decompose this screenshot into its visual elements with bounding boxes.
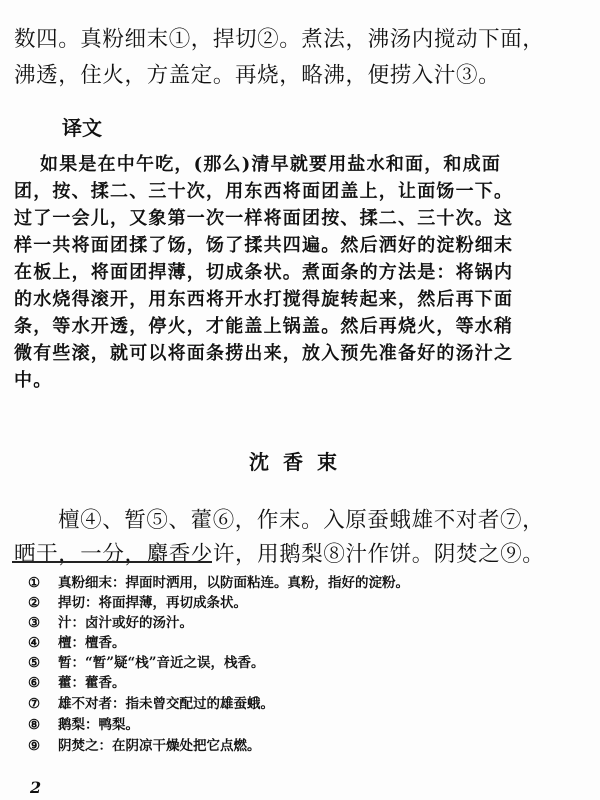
footnote-number: ④ [28, 635, 58, 651]
page-number: 2 [30, 778, 41, 797]
footnote-text: 雄不对者：指未曾交配过的雄蚕蛾。 [58, 696, 274, 712]
footnote-text: 鹅梨：鸭梨。 [58, 717, 139, 733]
translation-line: 的水烧得滚开，用东西将开水打搅得旋转起来，然后再下面 [14, 285, 513, 311]
footnote: ③汁：卤汁或好的汤汁。 [28, 611, 193, 631]
translation-line: 团，按、揉二、三十次，用东西将面团盖上，让面饧一下。 [14, 177, 513, 203]
footnote: ⑥藿：藿香。 [28, 671, 126, 691]
footnote: ①真粉细末：捍面时洒用，以防面粘连。真粉，指好的淀粉。 [28, 571, 409, 591]
footnote-number: ⑥ [28, 675, 58, 691]
translation-line: 在板上，将面团捍薄，切成条状。煮面条的方法是：将锅内 [14, 258, 513, 284]
original-text-line: 数四。真粉细末①，捍切②。煮法，沸汤内搅动下面， [14, 22, 544, 53]
translation-line: 条，等水开透，停火，才能盖上锅盖。然后再烧火，等水稍 [14, 312, 513, 338]
footnote: ⑦雄不对者：指未曾交配过的雄蚕蛾。 [28, 692, 274, 712]
footnote-number: ⑨ [28, 738, 58, 754]
footnote-number: ⑤ [28, 655, 58, 671]
footnote: ⑨阴焚之：在阴凉干燥处把它点燃。 [28, 734, 261, 754]
footnote: ②捍切：将面捍薄，再切成条状。 [28, 591, 247, 611]
footnote-number: ⑦ [28, 696, 58, 712]
translation-line: 过了一会儿，又象第一次一样将面团按、揉二、三十次。这 [14, 204, 513, 230]
footnote-text: 汁：卤汁或好的汤汁。 [58, 615, 193, 631]
footnote-number: ① [28, 575, 58, 591]
footnote: ⑧鹅梨：鸭梨。 [28, 713, 139, 733]
footnote: ④檀：檀香。 [28, 631, 126, 651]
translation-line: 样一共将面团揉了饧，饧了揉共四遍。然后洒好的淀粉细末 [14, 231, 513, 257]
translation-heading: 译文 [62, 112, 102, 141]
translation-line: 如果是在中午吃，(那么)清早就要用盐水和面，和成面 [40, 150, 501, 176]
translation-line: 微有些滚，就可以将面条捞出来，放入预先准备好的汤汁之 [14, 339, 513, 365]
recipe-title: 沈香束 [0, 446, 600, 475]
footnote-text: 捍切：将面捍薄，再切成条状。 [58, 595, 247, 611]
footnote-divider [12, 561, 212, 563]
translation-line: 中。 [14, 366, 52, 392]
footnote-text: 真粉细末：捍面时洒用，以防面粘连。真粉，指好的淀粉。 [58, 575, 409, 591]
footnote-text: 檀：檀香。 [58, 635, 126, 651]
footnote-text: 阴焚之：在阴凉干燥处把它点燃。 [58, 738, 261, 754]
footnote-text: 藿：藿香。 [58, 675, 126, 691]
recipe-line: 檀④、暂⑤、藿⑥，作末。入原蚕蛾雄不对者⑦， [58, 503, 544, 534]
original-text-line: 沸透，住火，方盖定。再烧，略沸，便捞入汁③。 [14, 58, 500, 89]
footnote-text: 暂：“暂”疑“栈”音近之误，栈香。 [58, 655, 265, 671]
footnote: ⑤暂：“暂”疑“栈”音近之误，栈香。 [28, 651, 265, 671]
footnote-number: ② [28, 595, 58, 611]
footnote-number: ⑧ [28, 717, 58, 733]
footnote-number: ③ [28, 615, 58, 631]
recipe-line: 晒干，一分，麝香少许，用鹅梨⑧汁作饼。阴焚之⑨。 [14, 537, 544, 568]
